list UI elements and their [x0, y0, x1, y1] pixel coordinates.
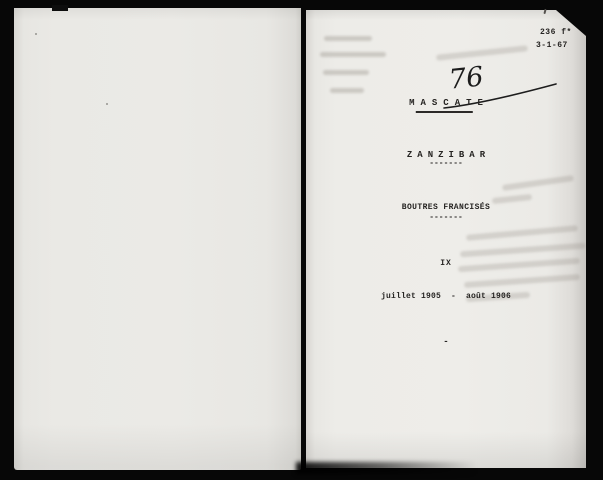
page-title: MASCATE [306, 98, 586, 108]
series-title: BOUTRES FRANCISÉS [306, 203, 586, 212]
bleedthrough-handwriting [464, 274, 580, 288]
bleedthrough-handwriting [502, 175, 574, 191]
bleedthrough-text [324, 36, 372, 41]
date-range: juillet 1905 - août 1906 [306, 292, 586, 301]
reference-shelfmark: 236 f* [536, 26, 572, 39]
left-page [14, 8, 301, 470]
reference-date-code: 3-1-67 [536, 39, 572, 52]
dust-speck [106, 103, 108, 105]
bleedthrough-handwriting [466, 225, 578, 241]
title-underline [416, 111, 473, 113]
volume-number: IX [306, 259, 586, 268]
separator-dash: - [306, 337, 586, 347]
reference-block: 236 f* 3-1-67 [536, 26, 572, 52]
bleedthrough-handwriting [460, 243, 586, 258]
dashed-rule: ------- [306, 159, 586, 168]
microfilm-scan: 236 f* 3-1-67 76 MASCATE ZANZIBAR ------… [0, 0, 603, 480]
bleedthrough-text [323, 70, 369, 75]
right-page: 236 f* 3-1-67 76 MASCATE ZANZIBAR ------… [306, 10, 586, 468]
dashed-rule: ------- [306, 213, 586, 222]
bleedthrough-handwriting [436, 45, 528, 61]
film-edge-notch [52, 5, 68, 11]
spine-shadow [296, 462, 486, 474]
bleedthrough-text [330, 88, 364, 93]
dust-speck [35, 33, 37, 35]
bleedthrough-text [320, 52, 386, 57]
